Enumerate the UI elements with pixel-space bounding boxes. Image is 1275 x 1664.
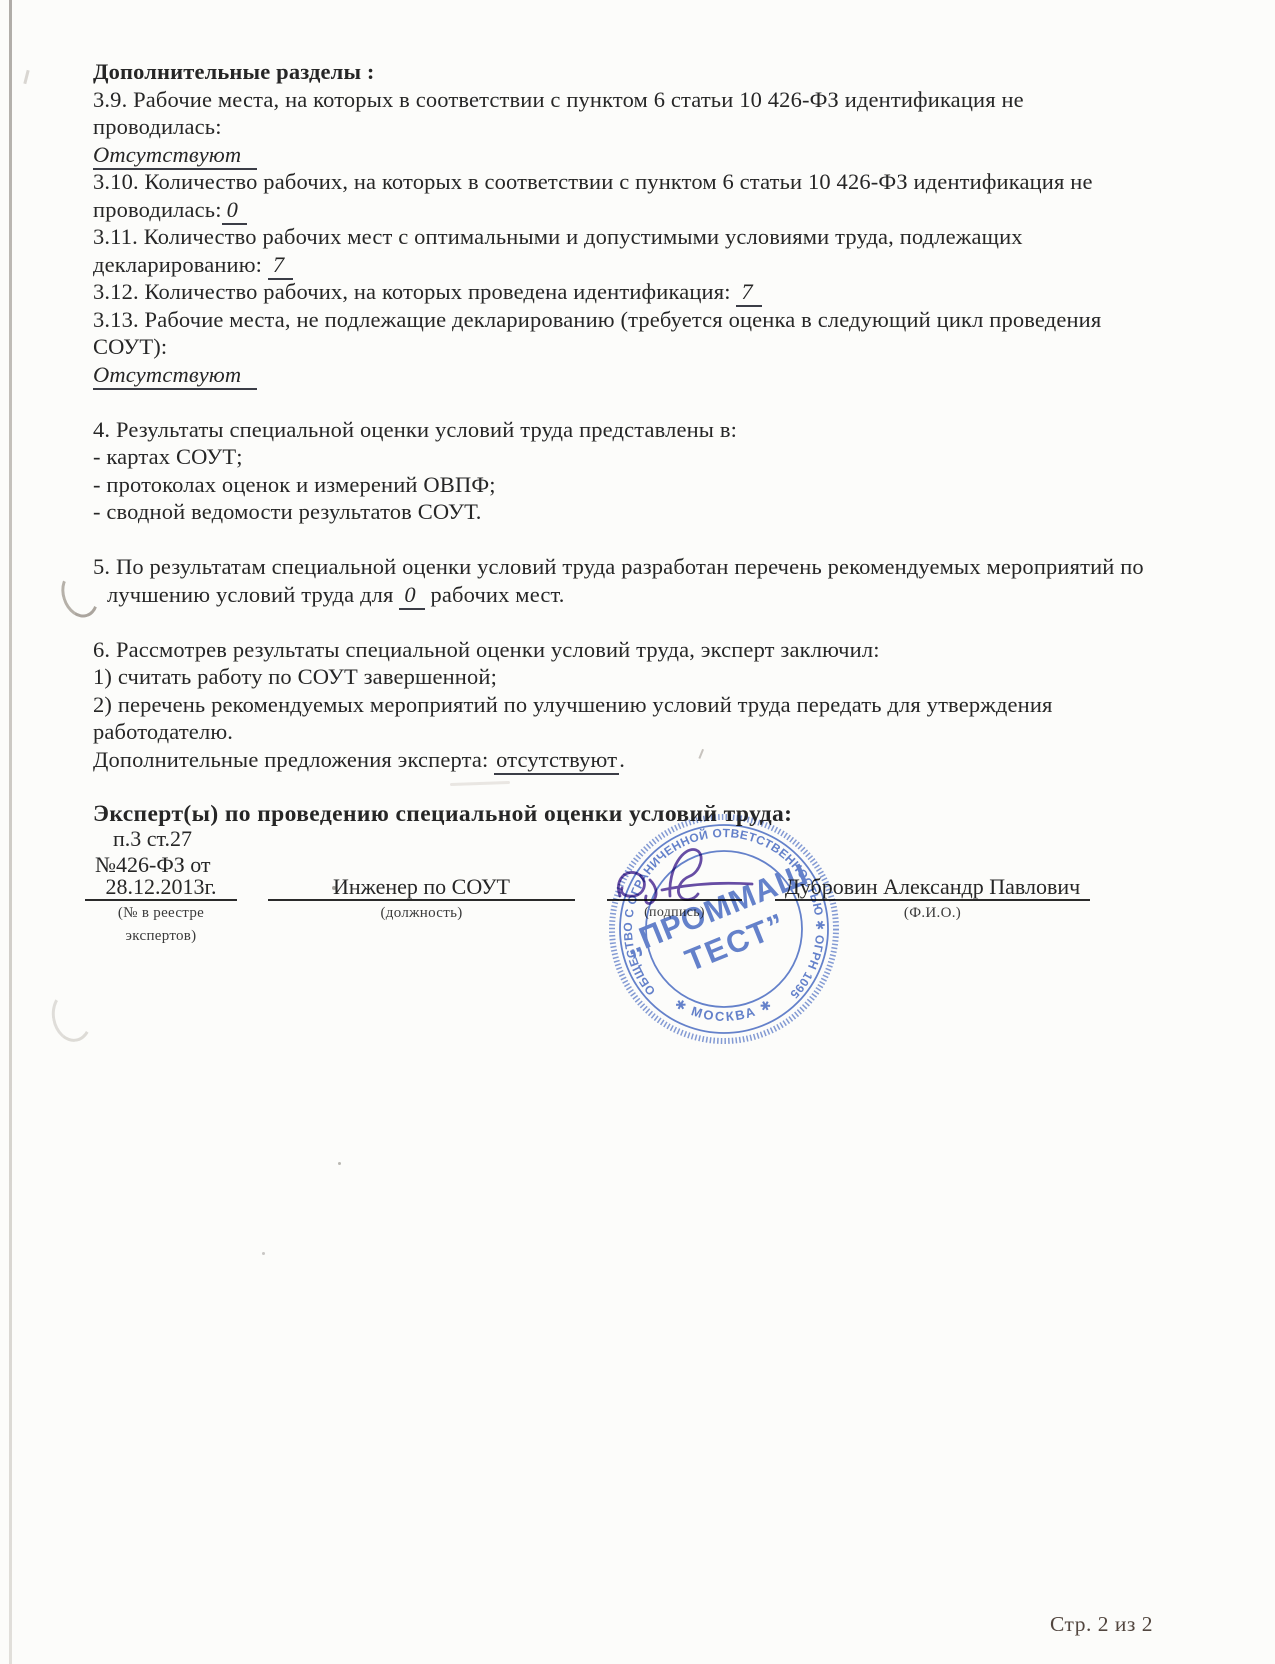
value-3-13: Отсутствуют [93, 362, 257, 390]
value-6-extra: отсутствуют [494, 747, 619, 775]
expert-registry-line-1: п.3 ст.27 [113, 826, 192, 852]
para-4-item-2: - протоколах оценок и измерений ОВПФ; [93, 471, 1144, 499]
expert-position: Инженер по СОУТ [268, 874, 575, 900]
para-3-13-line-2: СОУТ): [93, 333, 1144, 361]
para-3-13-line-1: 3.13. Рабочие места, не подлежащие декла… [93, 306, 1144, 334]
handwritten-signature [600, 838, 810, 918]
para-4: 4. Результаты специальной оценки условий… [93, 416, 1144, 444]
registry-field-label-1: (№ в реестре [85, 905, 237, 922]
para-3-9-line-2: проводилась: [93, 113, 1144, 141]
para-3-11-line-1: 3.11. Количество рабочих мест с оптималь… [93, 223, 1144, 251]
expert-registry-date: 28.12.2013г. [85, 874, 237, 900]
para-3-12: 3.12. Количество рабочих, на которых про… [93, 278, 1144, 306]
value-5: 0 [399, 582, 424, 610]
blank-line [93, 526, 1144, 554]
value-3-12: 7 [736, 279, 761, 307]
para-3-9-line-1: 3.9. Рабочие места, на которых в соответ… [93, 86, 1144, 114]
value-3-10: 0 [222, 197, 247, 225]
scan-speck [262, 1252, 265, 1255]
registry-field-label-2: экспертов) [85, 928, 237, 945]
stamp-city-text: ✱ МОСКВА ✱ [672, 996, 775, 1024]
value-3-9: Отсутствуют [93, 142, 257, 170]
para-6-item-2-line-1: 2) перечень рекомендуемых мероприятий по… [93, 691, 1144, 719]
para-6-extra: Дополнительные предложения эксперта: отс… [93, 746, 1144, 774]
scan-speck [338, 1162, 341, 1165]
scan-edge-artifact [9, 0, 12, 1664]
registry-field-line [85, 899, 237, 901]
page-number: Стр. 2 из 2 [1050, 1612, 1153, 1637]
position-field-label: (должность) [268, 905, 575, 922]
value-3-11: 7 [268, 252, 293, 280]
para-4-item-1: - картах СОУТ; [93, 443, 1144, 471]
section-heading: Дополнительные разделы : [93, 58, 1144, 86]
crescent-artifact [48, 987, 96, 1045]
blank-line [93, 388, 1144, 416]
para-6-item-1: 1) считать работу по СОУТ завершенной; [93, 663, 1144, 691]
position-field-line [268, 899, 575, 901]
smudge-artifact [450, 781, 510, 786]
para-5-line-1: 5. По результатам специальной оценки усл… [93, 553, 1144, 581]
document-page: Дополнительные разделы : 3.9. Рабочие ме… [0, 0, 1275, 1664]
blank-line [93, 608, 1144, 636]
para-5-line-2: лучшению условий труда для 0 рабочих мес… [93, 581, 1144, 609]
para-4-item-3: - сводной ведомости результатов СОУТ. [93, 498, 1144, 526]
company-stamp: ОБЩЕСТВО С ОГРАНИЧЕННОЙ ОТВЕТСТВЕННОСТЬЮ… [589, 794, 859, 1064]
para-6-item-2-line-2: работодателю. [93, 718, 1144, 746]
document-body: Дополнительные разделы : 3.9. Рабочие ме… [93, 58, 1144, 773]
para-3-11-line-2: декларированию: 7 [93, 251, 1144, 279]
para-6: 6. Рассмотрев результаты специальной оце… [93, 636, 1144, 664]
scan-speck [23, 70, 29, 84]
para-3-10-line-2: проводилась:0 [93, 196, 1144, 224]
para-3-10-line-1: 3.10. Количество рабочих, на которых в с… [93, 168, 1144, 196]
